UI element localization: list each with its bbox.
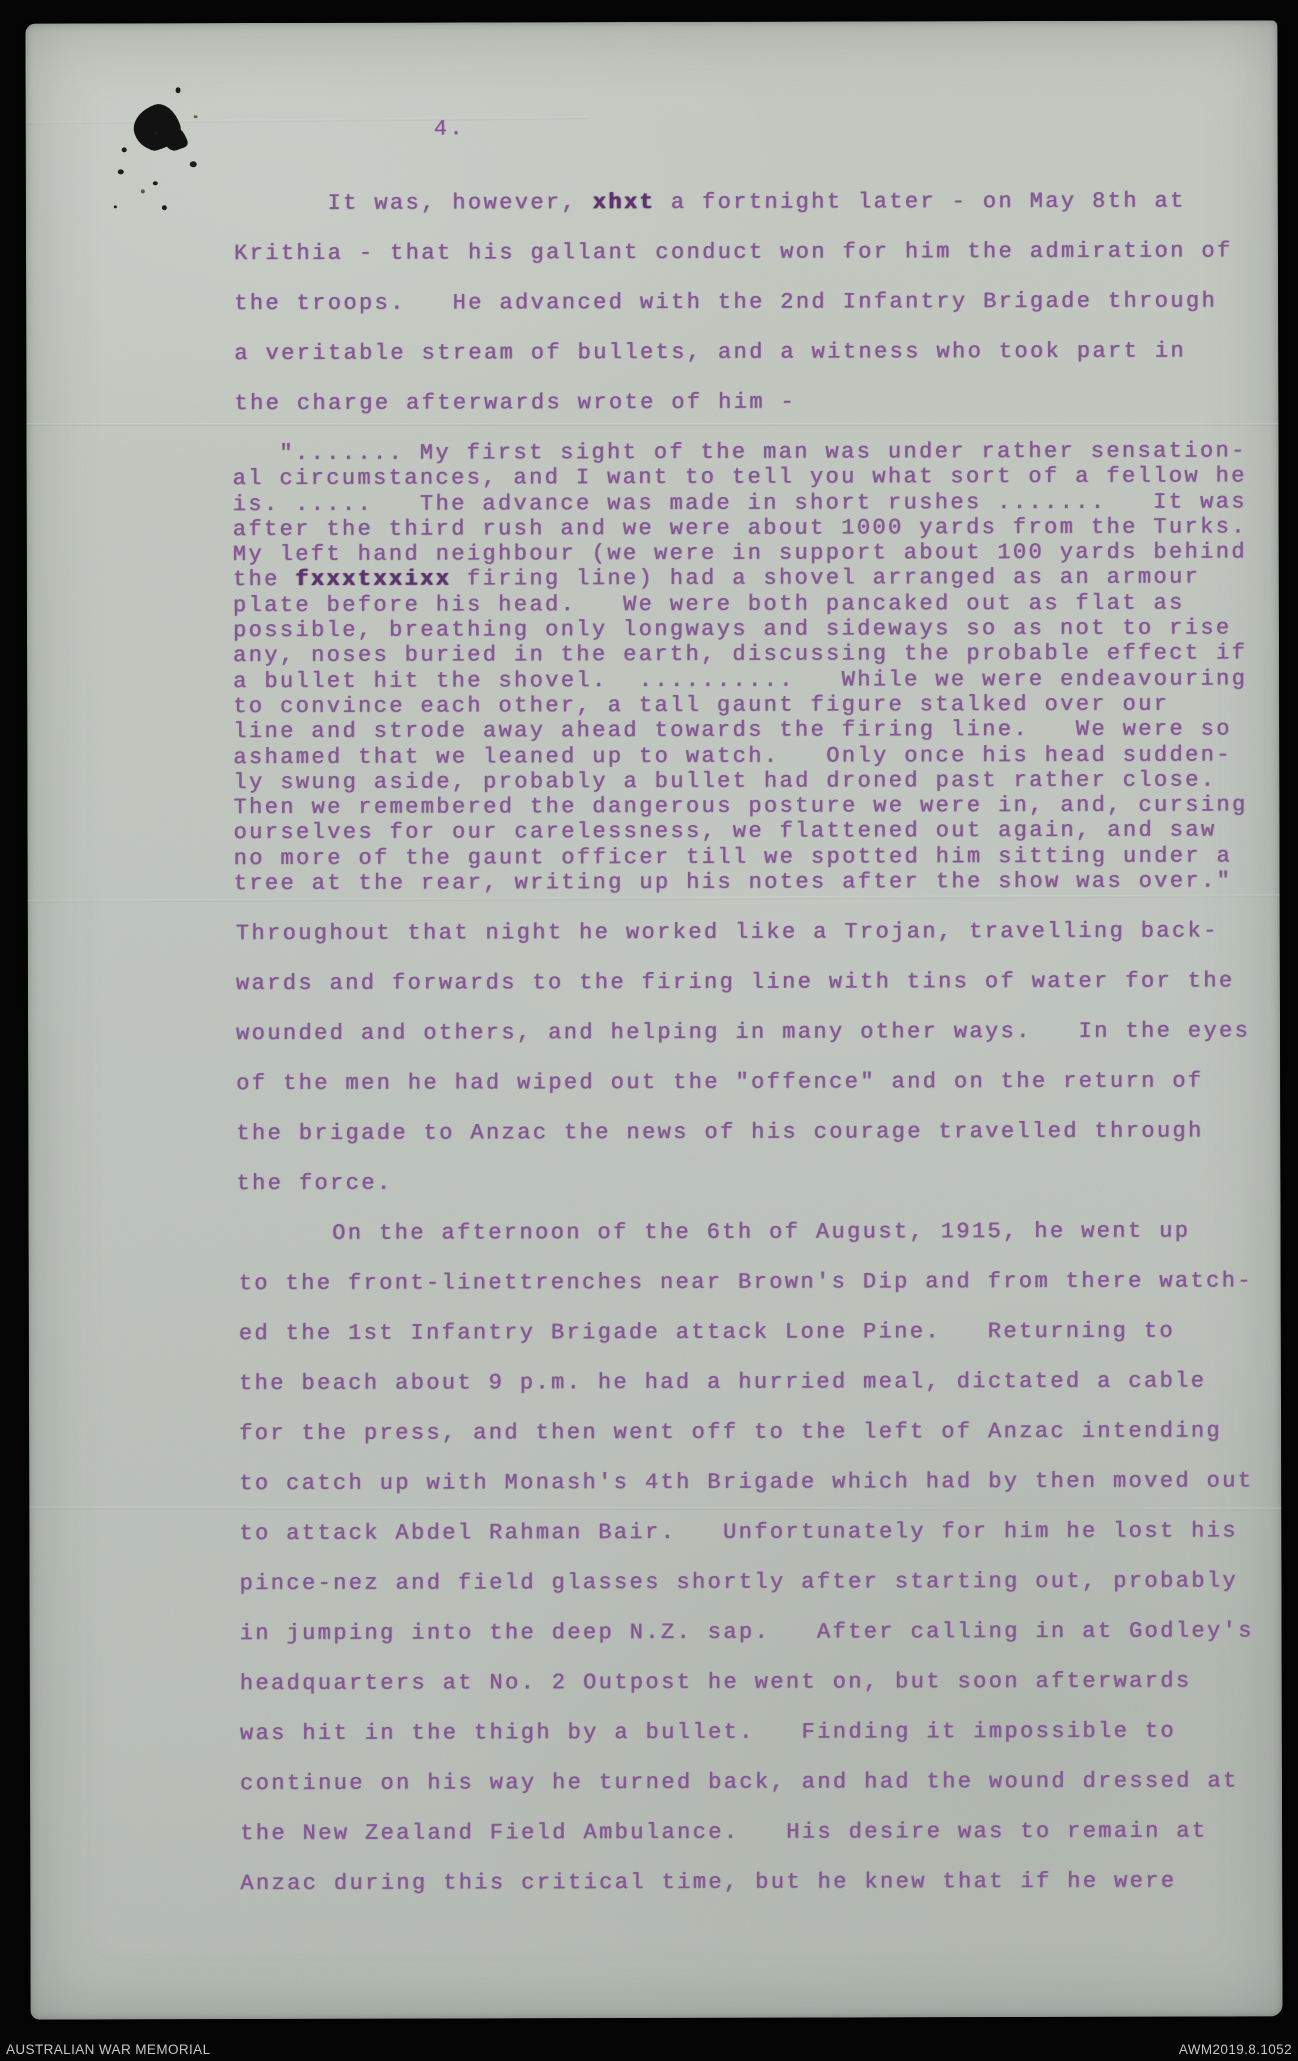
ink-speck <box>114 205 117 208</box>
typescript-line: the brigade to Anzac the news of his cou… <box>236 1106 1250 1159</box>
typescript-line: It was, however, xhxt a fortnight later … <box>234 176 1233 229</box>
typescript-line: no more of the gaunt officer till we spo… <box>234 843 1248 871</box>
ink-speck <box>176 87 181 93</box>
typescript-line: the troops. He advanced with the 2nd Inf… <box>234 276 1233 329</box>
typescript-line: plate before his head. We were both panc… <box>233 590 1247 618</box>
typescript-line: the force. <box>236 1156 1250 1209</box>
typed-paragraph-intro: It was, however, xhxt a fortnight later … <box>234 176 1233 429</box>
quoted-passage: "....... My first sight of the man was u… <box>232 438 1247 896</box>
typescript-line: to the front-linettrenches near Brown's … <box>239 1256 1253 1309</box>
fold-crease <box>26 116 589 124</box>
typescript-line: a veritable stream of bullets, and a wit… <box>234 326 1233 379</box>
typescript-line: the charge afterwards wrote of him - <box>234 376 1233 429</box>
typescript-line: "....... My first sight of the man was u… <box>232 438 1246 466</box>
paper-fleck <box>194 115 198 118</box>
typescript-line: for the press, and then went off to the … <box>239 1406 1253 1459</box>
typescript-line: after the third rush and we were about 1… <box>233 514 1247 542</box>
paper-fleck <box>141 189 145 193</box>
typescript-line: wards and forwards to the firing line wi… <box>236 956 1250 1009</box>
scan-frame: 4. It was, however, xhxt a fortnight lat… <box>0 0 1298 2061</box>
typescript-line: in jumping into the deep N.Z. sap. After… <box>240 1606 1254 1659</box>
page-number: 4. <box>434 116 465 141</box>
typescript-line: line and strode away ahead towards the f… <box>233 717 1247 745</box>
typescript-line: al circumstances, and I want to tell you… <box>233 464 1247 492</box>
ink-speck <box>122 147 127 152</box>
typescript-line: pince-nez and field glasses shortly afte… <box>239 1556 1253 1609</box>
typescript-line: was hit in the thigh by a bullet. Findin… <box>240 1706 1254 1759</box>
typescript-line: is. ..... The advance was made in short … <box>233 489 1247 517</box>
typed-paragraph-august: On the afternoon of the 6th of August, 1… <box>238 1206 1254 1909</box>
ink-speck <box>190 161 197 167</box>
typescript-line: to attack Abdel Rahman Bair. Unfortunate… <box>239 1506 1253 1559</box>
ink-blot-tail <box>166 132 190 152</box>
typescript-line: ashamed that we leaned up to watch. Only… <box>233 742 1247 770</box>
ink-speck <box>153 181 158 185</box>
item-id-label: AWM2019.8.1052 <box>1179 2042 1292 2057</box>
ink-speck <box>162 205 167 210</box>
typescript-line: the beach about 9 p.m. he had a hurried … <box>239 1356 1253 1409</box>
typescript-line: to convince each other, a tall gaunt fig… <box>233 691 1247 719</box>
typescript-line: a bullet hit the shovel. .......... Whil… <box>233 666 1247 694</box>
typescript-line: to catch up with Monash's 4th Brigade wh… <box>239 1456 1253 1509</box>
typed-paragraph-trojan: Throughout that night he worked like a T… <box>236 906 1251 1209</box>
typescript-line: ly swung aside, probably a bullet had dr… <box>233 767 1247 795</box>
typescript-line: of the men he had wiped out the "offence… <box>236 1056 1250 1109</box>
archive-label: AUSTRALIAN WAR MEMORIAL <box>6 2042 210 2057</box>
typescript-line: tree at the rear, writing up his notes a… <box>234 868 1248 896</box>
typescript-line: ourselves for our carelessness, we flatt… <box>233 818 1247 846</box>
typescript-line: headquarters at No. 2 Outpost he went on… <box>240 1656 1254 1709</box>
typescript-line: wounded and others, and helping in many … <box>236 1006 1250 1059</box>
typescript-line: On the afternoon of the 6th of August, 1… <box>238 1206 1252 1259</box>
ink-blot-main <box>128 99 185 155</box>
ink-speck <box>154 131 158 135</box>
typescript-line: ed the 1st Infantry Brigade attack Lone … <box>239 1306 1253 1359</box>
typescript-line: the fxxxtxxixx firing line) had a shovel… <box>233 565 1247 593</box>
typescript-line: continue on his way he turned back, and … <box>240 1756 1254 1809</box>
typescript-line: Krithia - that his gallant conduct won f… <box>234 226 1233 279</box>
typescript-line: Then we remembered the dangerous posture… <box>233 793 1247 821</box>
typescript-line: Anzac during this critical time, but he … <box>240 1856 1254 1909</box>
document-page: 4. It was, however, xhxt a fortnight lat… <box>25 20 1282 2019</box>
typescript-line: any, noses buried in the earth, discussi… <box>233 641 1247 669</box>
fold-crease <box>28 894 1280 902</box>
typescript-line: possible, breathing only longways and si… <box>233 616 1247 644</box>
typescript-line: the New Zealand Field Ambulance. His des… <box>240 1806 1254 1859</box>
typescript-line: My left hand neighbour (we were in suppo… <box>233 540 1247 568</box>
ink-speck <box>118 169 124 174</box>
typescript-line: Throughout that night he worked like a T… <box>236 906 1250 959</box>
